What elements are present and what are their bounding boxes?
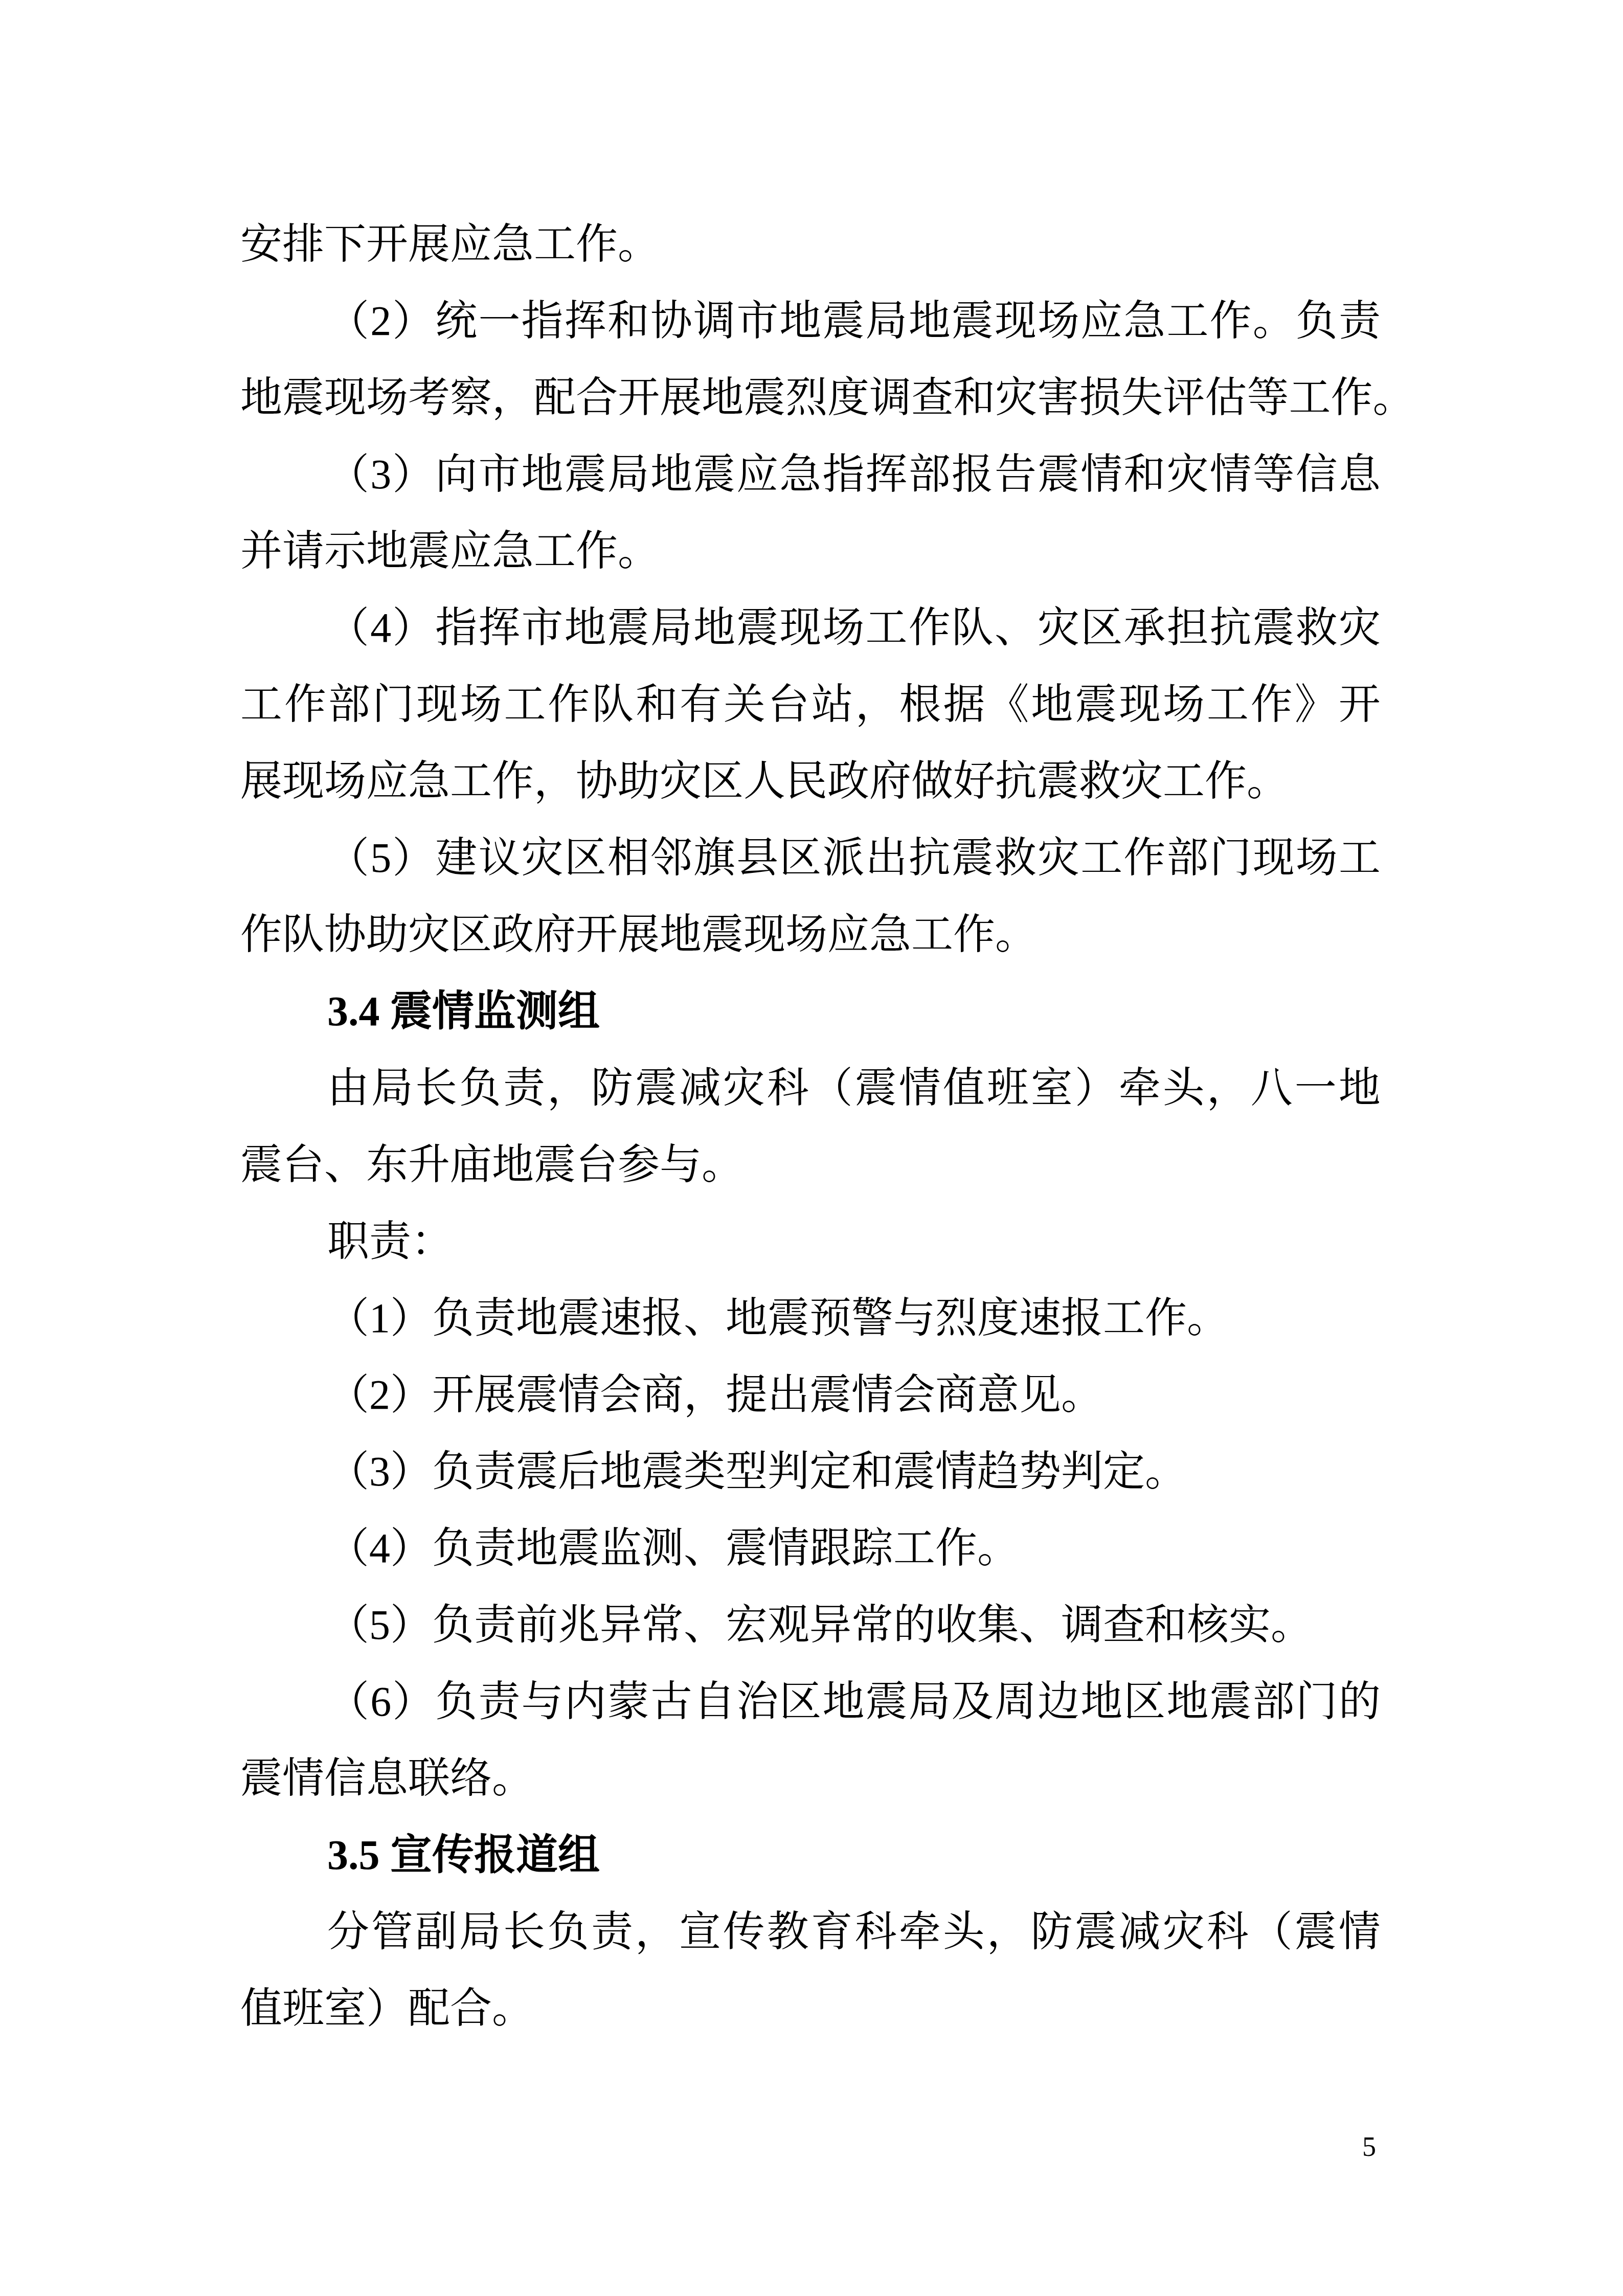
text-line: 分管副局长负责，宣传教育科牵头，防震减灾科（震情 [240,1894,1381,1970]
text-line: （1）负责地震速报、地震预警与烈度速报工作。 [240,1280,1381,1357]
text-line: （5）建议灾区相邻旗县区派出抗震救灾工作部门现场工 [240,820,1381,896]
page-number: 5 [1362,2131,1376,2162]
text-line: 工作部门现场工作队和有关台站，根据《地震现场工作》开 [240,666,1381,743]
document-page: 安排下开展应急工作。（2）统一指挥和协调市地震局地震现场应急工作。负责地震现场考… [0,0,1623,2296]
text-line: （3）向市地震局地震应急指挥部报告震情和灾情等信息 [240,436,1381,513]
text-line: 职责： [240,1203,1381,1280]
text-line: （2）统一指挥和协调市地震局地震现场应急工作。负责 [240,283,1381,359]
text-line: （2）开展震情会商，提出震情会商意见。 [240,1357,1381,1433]
text-line: 并请示地震应急工作。 [240,513,1381,590]
section-heading: 3.5 宣传报道组 [240,1817,1381,1894]
section-heading: 3.4 震情监测组 [240,973,1381,1050]
text-line: 值班室）配合。 [240,1970,1381,2047]
text-line: 作队协助灾区政府开展地震现场应急工作。 [240,896,1381,973]
text-line: 安排下开展应急工作。 [240,206,1381,283]
text-line: 地震现场考察，配合开展地震烈度调查和灾害损失评估等工作。 [240,359,1381,436]
text-line: 由局长负责，防震减灾科（震情值班室）牵头，八一地 [240,1050,1381,1127]
text-line: （5）负责前兆异常、宏观异常的收集、调查和核实。 [240,1587,1381,1663]
text-line: （4）负责地震监测、震情跟踪工作。 [240,1510,1381,1587]
text-line: 震台、东升庙地震台参与。 [240,1127,1381,1203]
text-line: 展现场应急工作，协助灾区人民政府做好抗震救灾工作。 [240,743,1381,820]
text-line: （6）负责与内蒙古自治区地震局及周边地区地震部门的 [240,1663,1381,1740]
text-line: （3）负责震后地震类型判定和震情趋势判定。 [240,1433,1381,1510]
document-body: 安排下开展应急工作。（2）统一指挥和协调市地震局地震现场应急工作。负责地震现场考… [240,206,1381,2047]
text-line: （4）指挥市地震局地震现场工作队、灾区承担抗震救灾 [240,590,1381,666]
text-line: 震情信息联络。 [240,1740,1381,1817]
